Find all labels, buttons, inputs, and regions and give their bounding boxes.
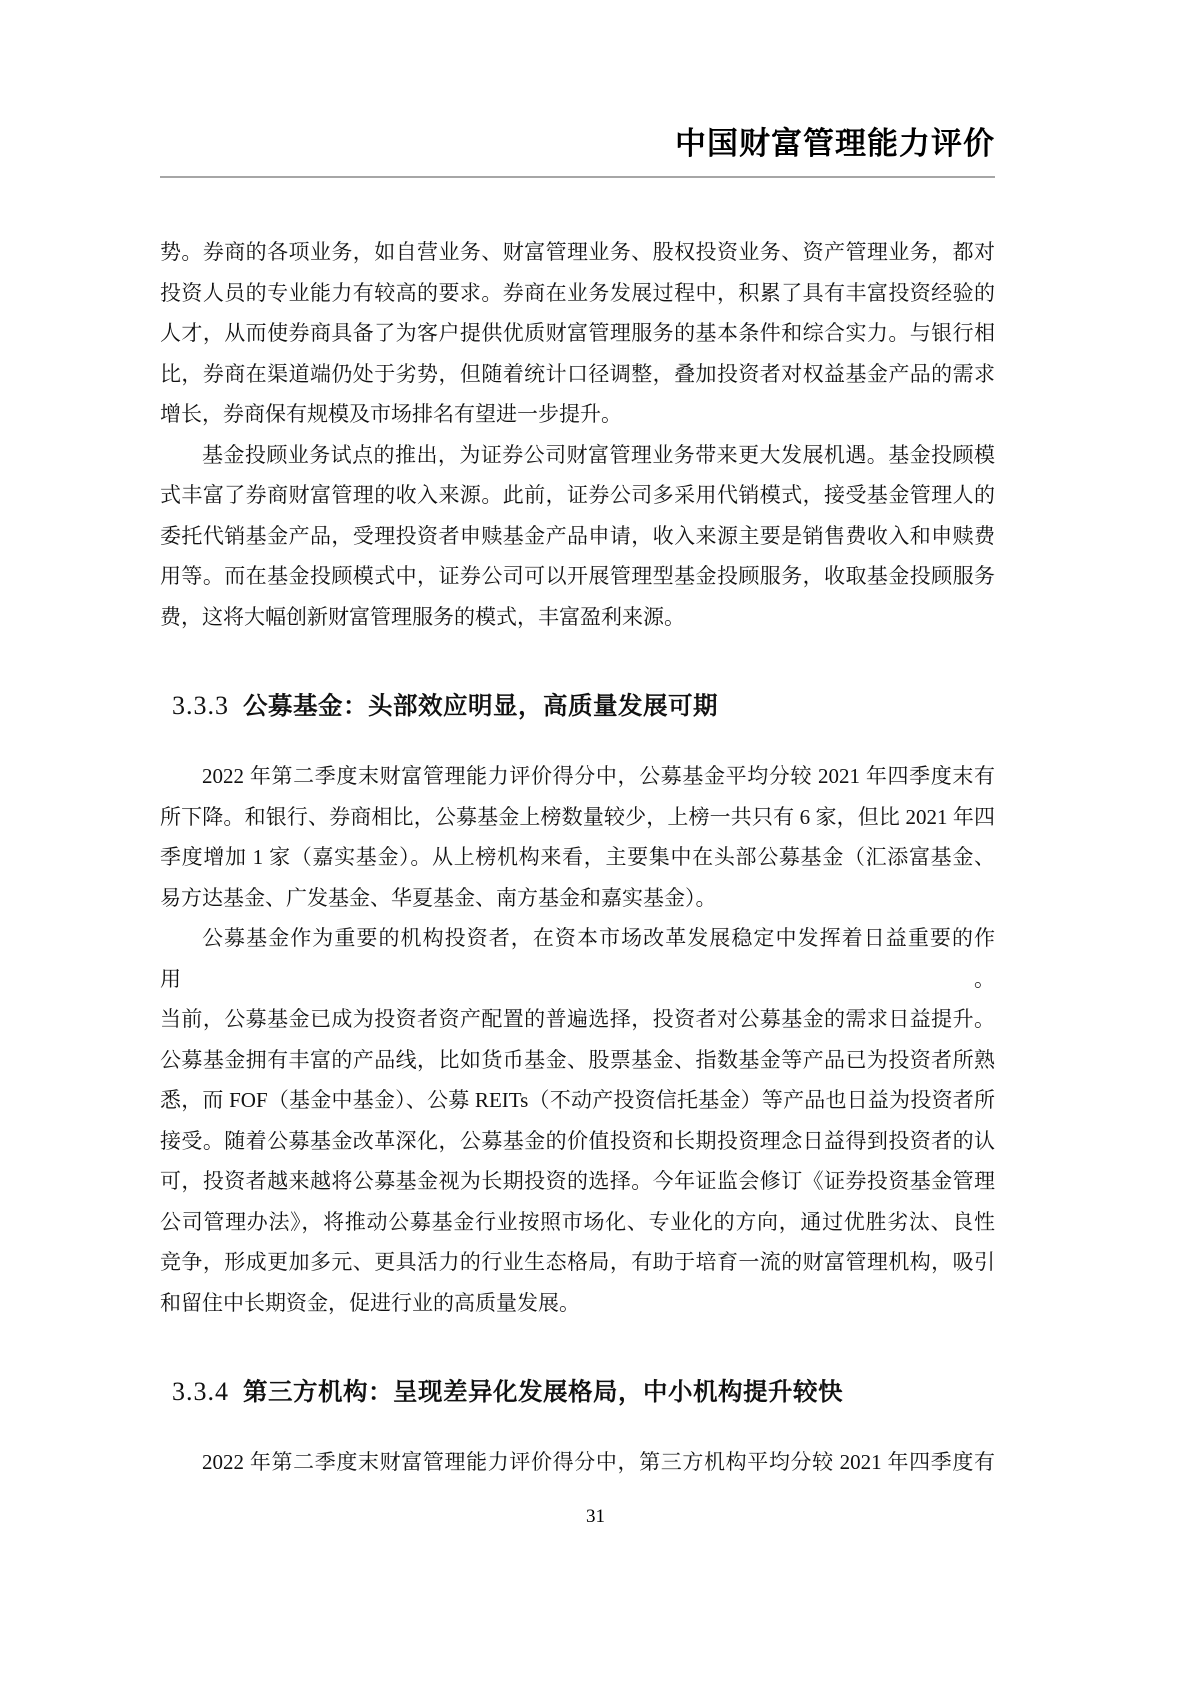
paragraph-line: 增长，券商保有规模及市场排名有望进一步提升。 bbox=[160, 394, 995, 435]
paragraph-line: 人才，从而使券商具备了为客户提供优质财富管理服务的基本条件和综合实力。与银行相 bbox=[160, 313, 995, 354]
paragraph-line: 比，券商在渠道端仍处于劣势，但随着统计口径调整，叠加投资者对权益基金产品的需求 bbox=[160, 354, 995, 395]
paragraph-line: 易方达基金、广发基金、华夏基金、南方基金和嘉实基金）。 bbox=[160, 878, 995, 919]
heading-number: 3.3.4 bbox=[172, 1377, 229, 1406]
paragraph-line: 2022 年第二季度末财富管理能力评价得分中，第三方机构平均分较 2021 年四… bbox=[160, 1442, 995, 1483]
heading-title: 公募基金：头部效应明显，高质量发展可期 bbox=[243, 693, 718, 720]
paragraph-line: 和留住中长期资金，促进行业的高质量发展。 bbox=[160, 1283, 995, 1324]
page-header: 中国财富管理能力评价 bbox=[160, 126, 995, 178]
paragraph-line: 季度增加 1 家（嘉实基金）。从上榜机构来看，主要集中在头部公募基金（汇添富基金… bbox=[160, 837, 995, 878]
heading-number: 3.3.3 bbox=[172, 691, 229, 720]
paragraph: 势。券商的各项业务，如自营业务、财富管理业务、股权投资业务、资产管理业务，都对投… bbox=[160, 232, 995, 435]
paragraph-line: 基金投顾业务试点的推出，为证券公司财富管理业务带来更大发展机遇。基金投顾模 bbox=[160, 435, 995, 476]
paragraph: 2022 年第二季度末财富管理能力评价得分中，公募基金平均分较 2021 年四季… bbox=[160, 756, 995, 918]
paragraph-line: 用等。而在基金投顾模式中，证券公司可以开展管理型基金投顾服务，收取基金投顾服务 bbox=[160, 556, 995, 597]
paragraph-line: 费，这将大幅创新财富管理服务的模式，丰富盈利来源。 bbox=[160, 597, 995, 638]
page-number: 31 bbox=[0, 1506, 1191, 1528]
paragraph-line: 竞争，形成更加多元、更具活力的行业生态格局，有助于培育一流的财富管理机构，吸引 bbox=[160, 1242, 995, 1283]
document-page: 中国财富管理能力评价 势。券商的各项业务，如自营业务、财富管理业务、股权投资业务… bbox=[0, 0, 1191, 1684]
section-heading: 3.3.4第三方机构：呈现差异化发展格局，中小机构提升较快 bbox=[160, 1373, 995, 1412]
paragraph-line: 式丰富了券商财富管理的收入来源。此前，证券公司多采用代销模式，接受基金管理人的 bbox=[160, 475, 995, 516]
section-heading: 3.3.3公募基金：头部效应明显，高质量发展可期 bbox=[160, 687, 995, 726]
document-body: 势。券商的各项业务，如自营业务、财富管理业务、股权投资业务、资产管理业务，都对投… bbox=[160, 232, 995, 1483]
paragraph-line: 悉，而 FOF（基金中基金）、公募 REITs（不动产投资信托基金）等产品也日益… bbox=[160, 1080, 995, 1121]
paragraph-line: 公募基金作为重要的机构投资者，在资本市场改革发展稳定中发挥着日益重要的作用。 bbox=[160, 918, 995, 999]
paragraph-line: 委托代销基金产品，受理投资者申赎基金产品申请，收入来源主要是销售费收入和申赎费 bbox=[160, 516, 995, 557]
paragraph-line: 接受。随着公募基金改革深化，公募基金的价值投资和长期投资理念日益得到投资者的认 bbox=[160, 1121, 995, 1162]
paragraph: 2022 年第二季度末财富管理能力评价得分中，第三方机构平均分较 2021 年四… bbox=[160, 1442, 995, 1483]
paragraph-line: 所下降。和银行、券商相比，公募基金上榜数量较少，上榜一共只有 6 家，但比 20… bbox=[160, 797, 995, 838]
paragraph-line: 公司管理办法》，将推动公募基金行业按照市场化、专业化的方向，通过优胜劣汰、良性 bbox=[160, 1202, 995, 1243]
heading-title: 第三方机构：呈现差异化发展格局，中小机构提升较快 bbox=[243, 1379, 843, 1406]
paragraph-line: 公募基金拥有丰富的产品线，比如货币基金、股票基金、指数基金等产品已为投资者所熟 bbox=[160, 1040, 995, 1081]
paragraph-line: 可，投资者越来越将公募基金视为长期投资的选择。今年证监会修订《证券投资基金管理 bbox=[160, 1161, 995, 1202]
header-rule bbox=[160, 176, 995, 178]
paragraph-line: 2022 年第二季度末财富管理能力评价得分中，公募基金平均分较 2021 年四季… bbox=[160, 756, 995, 797]
paragraph: 基金投顾业务试点的推出，为证券公司财富管理业务带来更大发展机遇。基金投顾模式丰富… bbox=[160, 435, 995, 638]
page-title: 中国财富管理能力评价 bbox=[160, 126, 995, 162]
paragraph-line: 势。券商的各项业务，如自营业务、财富管理业务、股权投资业务、资产管理业务，都对 bbox=[160, 232, 995, 273]
paragraph-line: 当前，公募基金已成为投资者资产配置的普遍选择，投资者对公募基金的需求日益提升。 bbox=[160, 999, 995, 1040]
paragraph: 公募基金作为重要的机构投资者，在资本市场改革发展稳定中发挥着日益重要的作用。当前… bbox=[160, 918, 995, 1323]
paragraph-line: 投资人员的专业能力有较高的要求。券商在业务发展过程中，积累了具有丰富投资经验的 bbox=[160, 273, 995, 314]
